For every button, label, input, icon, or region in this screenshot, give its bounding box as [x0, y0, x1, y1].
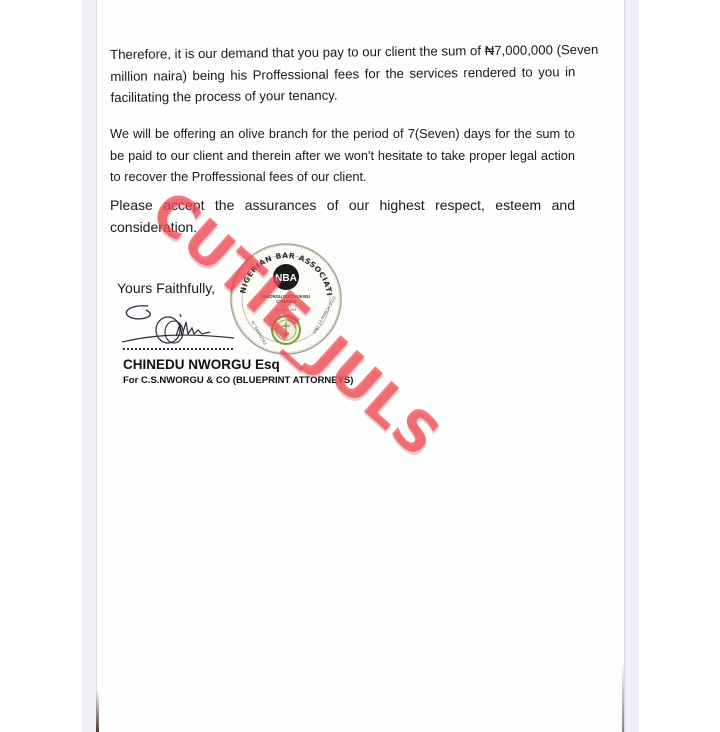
nba-seal-stamp: NIGERIAN BAR ASSOCIATION NBA NWORGU IKEC…	[229, 242, 343, 356]
seal-holder-name: CHINEDU	[276, 299, 296, 304]
text-line: Please accept the assurances of our high…	[110, 195, 575, 217]
text-line: consideration.	[110, 217, 575, 239]
signature-line	[123, 348, 233, 350]
seal-number: SCN071263	[276, 308, 297, 312]
seal-badge: NBA	[275, 273, 297, 284]
assurance-paragraph: Please accept the assurances of our high…	[110, 195, 575, 238]
signer-firm: For C.S.NWORGU & CO (BLUEPRINT ATTORNEYS…	[123, 375, 353, 386]
text-line: be paid to our client and therein after …	[110, 145, 575, 167]
signer-name: CHINEDU NWORGU Esq	[123, 357, 280, 372]
demand-paragraph: Therefore, it is our demand that you pay…	[110, 39, 576, 108]
page-edge-shadow	[622, 660, 624, 732]
frame-strip-left	[82, 0, 97, 732]
signature-image	[118, 300, 238, 350]
frame-strip-right	[624, 0, 639, 732]
deadline-paragraph: We will be offering an olive branch for …	[110, 123, 575, 188]
text-line: We will be offering an olive branch for …	[110, 123, 575, 145]
closing-salutation: Yours Faithfully,	[117, 280, 215, 296]
text-line: to recover the Proffessional fees of our…	[110, 166, 575, 188]
page-edge-shadow	[96, 690, 99, 732]
